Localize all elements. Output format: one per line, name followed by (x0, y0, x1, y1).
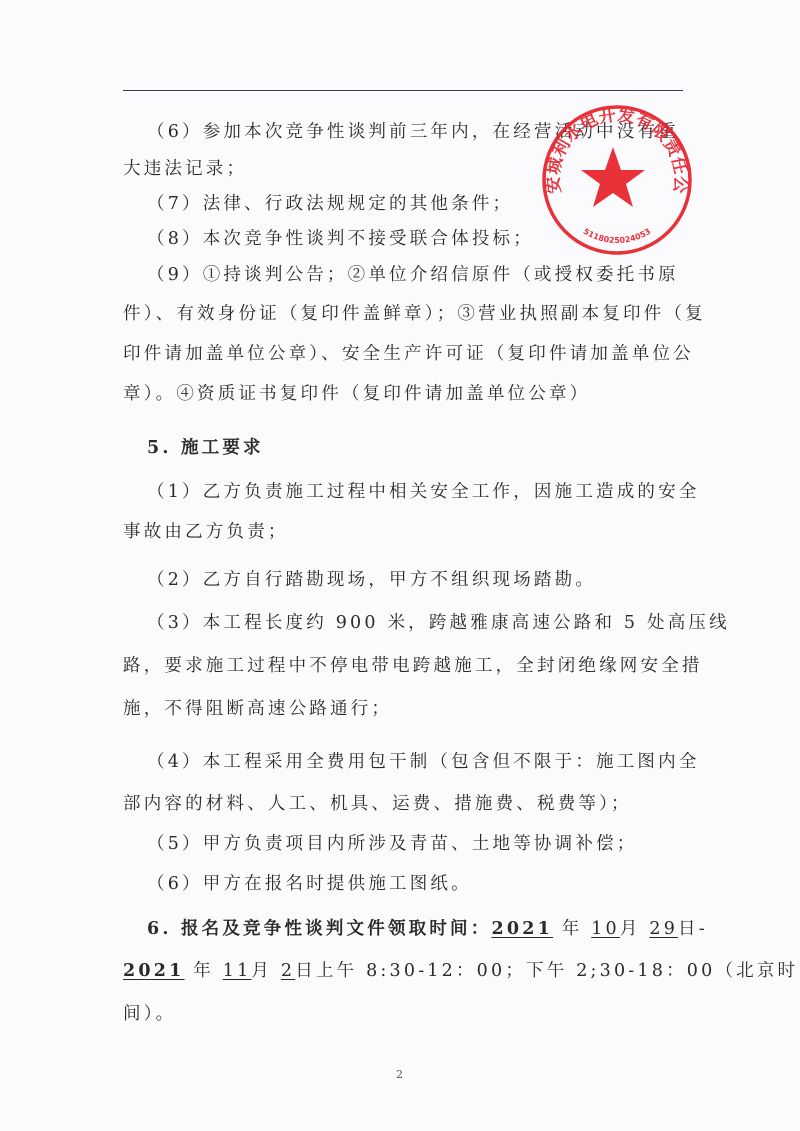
item-7: （7）法律、行政法规规定的其他条件； (147, 193, 513, 215)
header-rule (123, 90, 683, 91)
item-8: （8）本次竞争性谈判不接受联合体投标； (147, 228, 534, 250)
s5-item3-line3: 施，不得阻断高速公路通行； (123, 698, 392, 720)
day-char-dash: 日- (678, 919, 708, 939)
item-9-line4: 章）。④资质证书复印件（复印件请加盖单位公章） (123, 383, 590, 405)
end-month: 11 (223, 961, 252, 981)
svg-text:雅安城利水电开发有限责任公司: 雅安城利水电开发有限责任公司 (541, 104, 691, 195)
item-9-line1: （9）①持谈判公告；②单位介绍信原件（或授权委托书原 (147, 264, 679, 286)
s5-item1-line1: （1）乙方负责施工过程中相关安全工作，因施工造成的安全 (147, 481, 700, 503)
time-range: 上午 8:30-12：00；下午 2;30-18：00（北京时 (316, 961, 798, 981)
start-year: 2021 (491, 919, 553, 939)
year-char: 年 (193, 961, 214, 981)
item-6-line2: 大违法记录； (123, 158, 247, 180)
year-char: 年 (562, 919, 583, 939)
stamp-number: 5118025024053 (582, 227, 653, 245)
item-9-line3: 印件请加盖单位公章）、安全生产许可证（复印件请加盖单位公 (123, 343, 694, 365)
s5-item3-line1: （3）本工程长度约 900 米，跨越雅康高速公路和 5 处高压线 (147, 612, 730, 634)
start-day: 29 (649, 919, 678, 939)
s5-item2: （2）乙方自行踏勘现场，甲方不组织现场踏勘。 (147, 569, 596, 591)
item-6-line1: （6）参加本次竞争性谈判前三年内，在经营活动中没有重 (147, 121, 679, 143)
section-5-heading: 5. 施工要求 (147, 437, 264, 459)
s5-item3-line2: 路，要求施工过程中不停电带电跨越施工，全封闭绝缘网安全措 (123, 655, 703, 677)
s5-item4-line2: 部内容的材料、人工、机具、运费、措施费、税费等）； (123, 793, 632, 815)
s5-item1-line2: 事故由乙方负责； (123, 521, 289, 543)
section-6-heading: 6. 报名及竞争性谈判文件领取时间： (147, 919, 491, 939)
page-number: 2 (396, 1068, 403, 1081)
day-char: 日 (295, 961, 316, 981)
item-9-line2: 件）、有效身份证（复印件盖鲜章）；③营业执照副本复印件（复 (123, 303, 706, 325)
s5-item6: （6）甲方在报名时提供施工图纸。 (147, 873, 472, 895)
end-day: 2 (281, 961, 295, 981)
end-year: 2021 (123, 961, 185, 981)
section-6-line2: 2021 年 11月 2日上午 8:30-12：00；下午 2;30-18：00… (123, 960, 798, 982)
start-month: 10 (591, 919, 620, 939)
s5-item5: （5）甲方负责项目内所涉及青苗、土地等协调补偿； (147, 833, 637, 855)
svg-text:5118025024053: 5118025024053 (582, 227, 653, 245)
section-6-line3: 间）。 (123, 1003, 176, 1025)
month-char: 月 (251, 961, 272, 981)
s5-item4-line1: （4）本工程采用全费用包干制（包含但不限于：施工图内全 (147, 751, 700, 773)
month-char: 月 (620, 919, 641, 939)
stamp-text: 雅安城利水电开发有限责任公司 (541, 104, 691, 195)
section-6-line1: 6. 报名及竞争性谈判文件领取时间：2021 年 10月 29日- (147, 918, 708, 940)
